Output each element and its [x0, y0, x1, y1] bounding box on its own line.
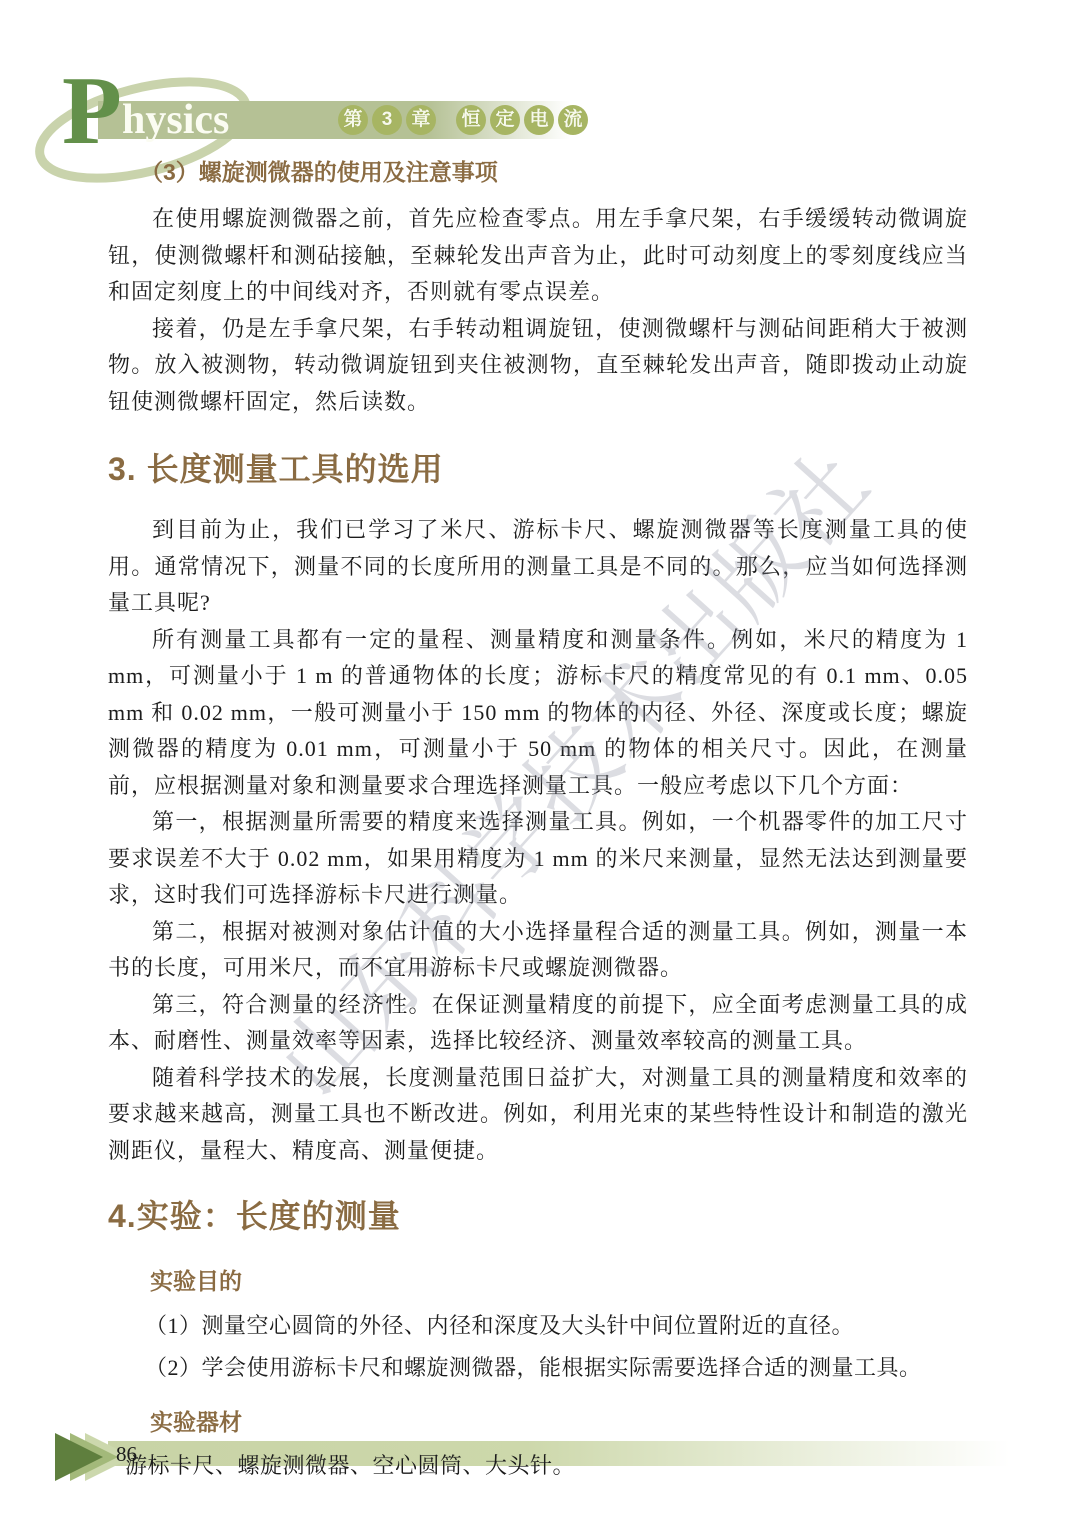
- page-content: （3）螺旋测微器的使用及注意事项 在使用螺旋测微器之前，首先应检查零点。用左手拿…: [108, 150, 968, 1485]
- experiment-purpose-item: （2）学会使用游标卡尺和螺旋测微器，能根据实际需要选择合适的测量工具。: [145, 1348, 968, 1388]
- logo-text: hysics: [122, 101, 229, 139]
- experiment-materials-text: 游标卡尺、螺旋测微器、空心圆筒、大头针。: [125, 1447, 968, 1485]
- experiment-purpose-item: （1）测量空心圆筒的外径、内径和深度及大头针中间位置附近的直径。: [145, 1306, 968, 1346]
- badge-char: 流: [558, 105, 588, 135]
- section-4-heading: 4.实验：长度的测量: [108, 1191, 968, 1237]
- textbook-page: P hysics 第 3 章 恒 定 电 流 （3）螺旋测微器的使用及注意事项 …: [0, 0, 1080, 1527]
- section-3-heading: 3. 长度测量工具的选用: [108, 444, 968, 490]
- paragraph: 所有测量工具都有一定的量程、测量精度和测量条件。例如，米尺的精度为 1 mm，可…: [108, 622, 968, 805]
- paragraph: 在使用螺旋测微器之前，首先应检查零点。用左手拿尺架，右手缓缓转动微调旋钮，使测微…: [108, 201, 968, 311]
- badge-char: 电: [524, 105, 554, 135]
- logo-letter-p: P: [62, 62, 122, 160]
- badge-char: 定: [490, 105, 520, 135]
- paragraph: 接着，仍是左手拿尺架，右手转动粗调旋钮，使测微螺杆与测砧间距稍大于被测物。放入被…: [108, 311, 968, 421]
- experiment-materials-heading: 实验器材: [150, 1404, 968, 1437]
- micrometer-subsection-heading: （3）螺旋测微器的使用及注意事项: [140, 154, 968, 187]
- badge-char: 第: [338, 105, 368, 135]
- paragraph: 随着科学技术的发展，长度测量范围日益扩大，对测量工具的测量精度和效率的要求越来越…: [108, 1060, 968, 1170]
- paragraph: 第二，根据对被测对象估计值的大小选择量程合适的测量工具。例如，测量一本书的长度，…: [108, 914, 968, 987]
- page-number: 86: [116, 1442, 137, 1467]
- experiment-purpose-heading: 实验目的: [150, 1263, 968, 1296]
- badge-char: 章: [406, 105, 436, 135]
- paragraph: 到目前为止，我们已学习了米尺、游标卡尺、螺旋测微器等长度测量工具的使用。通常情况…: [108, 512, 968, 622]
- chapter-badge: 第 3 章 恒 定 电 流: [338, 105, 588, 135]
- experiment-block: 实验目的 （1）测量空心圆筒的外径、内径和深度及大头针中间位置附近的直径。 （2…: [108, 1263, 968, 1485]
- paragraph: 第三，符合测量的经济性。在保证测量精度的前提下，应全面考虑测量工具的成本、耐磨性…: [108, 987, 968, 1060]
- paragraph: 第一，根据测量所需要的精度来选择测量工具。例如，一个机器零件的加工尺寸要求误差不…: [108, 804, 968, 914]
- badge-char: 3: [372, 105, 402, 135]
- badge-char: 恒: [456, 105, 486, 135]
